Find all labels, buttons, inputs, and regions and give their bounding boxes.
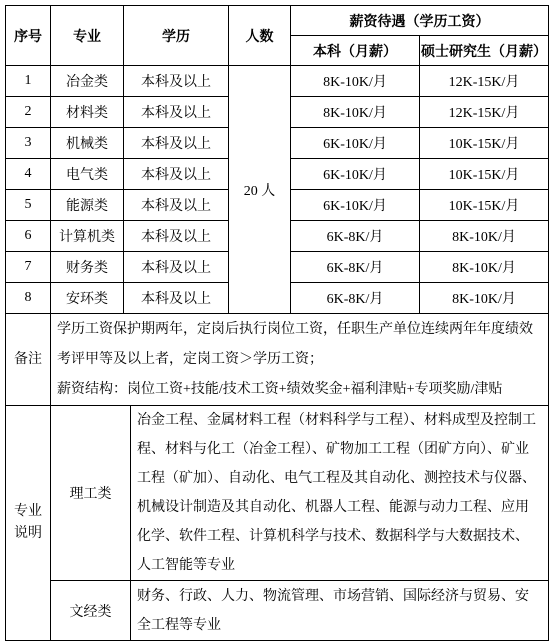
remarks-row: 备注 学历工资保护期两年，定岗后执行岗位工资，任职生产单位连续两年年度绩效考评甲… <box>6 314 549 406</box>
headcount-merged-cell: 20 人 <box>229 66 291 314</box>
cell-major: 电气类 <box>51 159 124 190</box>
cell-master-salary: 8K-10K/月 <box>420 283 549 314</box>
cell-master-salary: 10K-15K/月 <box>420 159 549 190</box>
cell-bachelor-salary: 6K-8K/月 <box>291 283 420 314</box>
cell-degree: 本科及以上 <box>124 283 229 314</box>
header-no: 序号 <box>6 6 51 66</box>
header-bachelor-salary: 本科（月薪） <box>291 36 420 66</box>
remarks-line-1: 学历工资保护期两年，定岗后执行岗位工资，任职生产单位连续两年年度绩效考评甲等及以… <box>57 315 542 375</box>
remarks-content: 学历工资保护期两年，定岗后执行岗位工资，任职生产单位连续两年年度绩效考评甲等及以… <box>51 314 549 406</box>
cell-degree: 本科及以上 <box>124 128 229 159</box>
salary-table: 序号 专业 学历 人数 薪资待遇（学历工资） 本科（月薪） 硕士研究生（月薪） … <box>5 5 549 314</box>
cell-degree: 本科及以上 <box>124 221 229 252</box>
header-degree: 学历 <box>124 6 229 66</box>
cell-major: 材料类 <box>51 97 124 128</box>
cell-bachelor-salary: 6K-10K/月 <box>291 159 420 190</box>
liberal-majors-row: 文经类 财务、行政、人力、物流管理、市场营销、国际经济与贸易、安全工程等专业 <box>6 581 549 641</box>
cell-major: 财务类 <box>51 252 124 283</box>
cell-master-salary: 12K-15K/月 <box>420 66 549 97</box>
cell-no: 7 <box>6 252 51 283</box>
cell-bachelor-salary: 6K-10K/月 <box>291 190 420 221</box>
cell-no: 6 <box>6 221 51 252</box>
cell-master-salary: 10K-15K/月 <box>420 190 549 221</box>
cell-no: 5 <box>6 190 51 221</box>
cell-degree: 本科及以上 <box>124 159 229 190</box>
remarks-section: 备注 学历工资保护期两年，定岗后执行岗位工资，任职生产单位连续两年年度绩效考评甲… <box>5 313 549 406</box>
cell-no: 4 <box>6 159 51 190</box>
cell-master-salary: 12K-15K/月 <box>420 97 549 128</box>
remarks-line-2: 薪资结构：岗位工资+技能/技术工资+绩效奖金+福利津贴+专项奖励/津贴 <box>57 375 542 405</box>
cell-no: 3 <box>6 128 51 159</box>
major-notes-label: 专业说明 <box>6 406 51 641</box>
cell-no: 2 <box>6 97 51 128</box>
cell-major: 能源类 <box>51 190 124 221</box>
cell-major: 冶金类 <box>51 66 124 97</box>
liberal-category: 文经类 <box>51 581 131 641</box>
cell-master-salary: 10K-15K/月 <box>420 128 549 159</box>
cell-bachelor-salary: 8K-10K/月 <box>291 97 420 128</box>
cell-no: 8 <box>6 283 51 314</box>
liberal-majors-text: 财务、行政、人力、物流管理、市场营销、国际经济与贸易、安全工程等专业 <box>131 581 549 641</box>
stem-category: 理工类 <box>51 406 131 581</box>
cell-bachelor-salary: 6K-10K/月 <box>291 128 420 159</box>
header-row-1: 序号 专业 学历 人数 薪资待遇（学历工资） <box>6 6 549 36</box>
table-row: 1 冶金类 本科及以上 20 人 8K-10K/月 12K-15K/月 <box>6 66 549 97</box>
recruitment-salary-sheet: 序号 专业 学历 人数 薪资待遇（学历工资） 本科（月薪） 硕士研究生（月薪） … <box>5 5 548 641</box>
header-headcount: 人数 <box>229 6 291 66</box>
header-major: 专业 <box>51 6 124 66</box>
header-master-salary: 硕士研究生（月薪） <box>420 36 549 66</box>
cell-bachelor-salary: 6K-8K/月 <box>291 221 420 252</box>
cell-degree: 本科及以上 <box>124 190 229 221</box>
cell-bachelor-salary: 8K-10K/月 <box>291 66 420 97</box>
cell-bachelor-salary: 6K-8K/月 <box>291 252 420 283</box>
major-notes-section: 专业说明 理工类 冶金工程、金属材料工程（材料科学与工程）、材料成型及控制工程、… <box>5 405 549 641</box>
cell-master-salary: 8K-10K/月 <box>420 252 549 283</box>
cell-no: 1 <box>6 66 51 97</box>
stem-majors-text: 冶金工程、金属材料工程（材料科学与工程）、材料成型及控制工程、材料与化工（冶金工… <box>131 406 549 581</box>
cell-degree: 本科及以上 <box>124 66 229 97</box>
cell-major: 安环类 <box>51 283 124 314</box>
stem-majors-row: 专业说明 理工类 冶金工程、金属材料工程（材料科学与工程）、材料成型及控制工程、… <box>6 406 549 581</box>
cell-major: 计算机类 <box>51 221 124 252</box>
remarks-label: 备注 <box>6 314 51 406</box>
cell-degree: 本科及以上 <box>124 97 229 128</box>
cell-degree: 本科及以上 <box>124 252 229 283</box>
header-salary-group: 薪资待遇（学历工资） <box>291 6 549 36</box>
cell-major: 机械类 <box>51 128 124 159</box>
cell-master-salary: 8K-10K/月 <box>420 221 549 252</box>
